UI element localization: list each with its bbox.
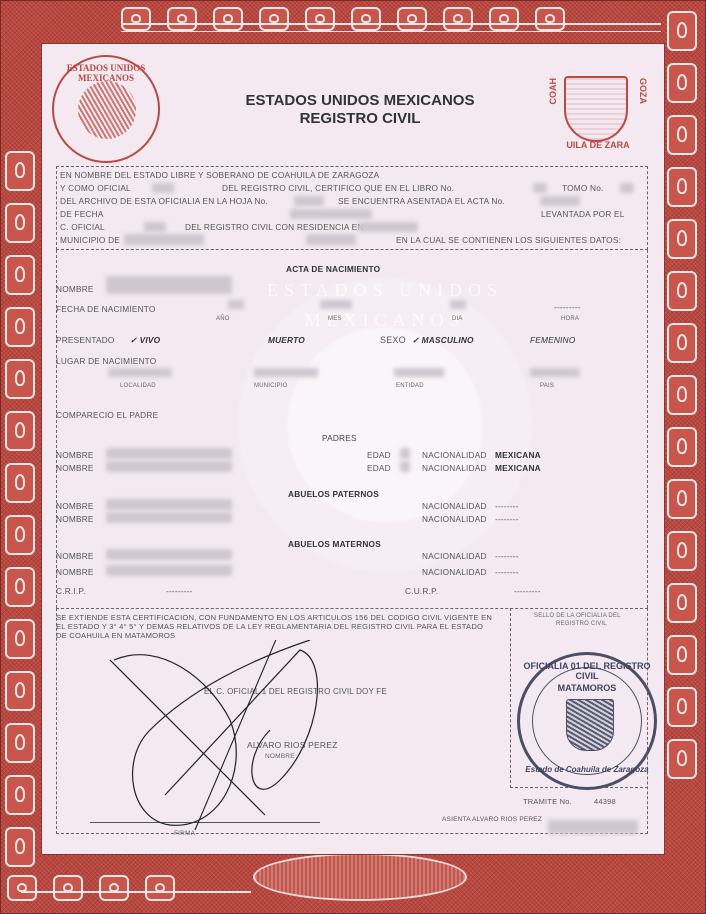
border-glyph-icon [667,11,697,51]
border-glyphs-right [667,11,697,791]
border-glyph-icon [667,531,697,571]
presentado-vivo-checked: ✓ VIVO [130,335,160,345]
border-glyphs-left [5,151,35,879]
intro-line-3a: DEL ARCHIVO DE ESTA OFICIALIA EN LA HOJA… [60,196,268,206]
border-glyph-icon [667,115,697,155]
border-glyph-icon [443,7,473,31]
border-glyph-icon [351,7,381,31]
border-glyph-icon [667,375,697,415]
sello-label-1: SELLO DE LA OFICIALIA DEL [534,613,621,619]
border-glyph-icon [5,411,35,451]
border-glyph-icon [667,427,697,467]
border-glyph-icon [667,323,697,363]
border-glyph-icon [167,7,197,31]
nombre-label: NOMBRE [56,450,94,460]
abuelos-paternos-title: ABUELOS PATERNOS [288,489,379,499]
curp-label: C.U.R.P. [405,586,438,596]
border-glyphs-bottom [7,875,191,901]
intro-line-2a: Y COMO OFICIAL [60,183,131,193]
border-glyph-icon [53,875,83,901]
border-glyph-icon [5,671,35,711]
eagle-icon [78,81,136,139]
sexo-femenino: FEMENINO [530,335,575,345]
pais-sublabel: PAIS [540,383,554,389]
redacted-nombre [106,565,232,576]
sello-label-2: REGISTRO CIVIL [556,621,607,627]
border-glyph-icon [5,151,35,191]
nombre-label: NOMBRE [56,463,94,473]
border-glyph-icon [213,7,243,31]
redacted-field [306,234,356,245]
seal-ring-text: ESTADOS UNIDOS MEXICANOS [54,63,158,83]
redacted-edad [400,448,410,459]
stamp-bottom-text: Estado de Coahuila de Zaragoza [520,765,654,774]
hora-value: --------- [554,302,581,312]
nacionalidad-value: -------- [495,567,519,577]
nacionalidad-label: NACIONALIDAD [422,567,487,577]
redacted-field [294,196,324,206]
intro-line-1: EN NOMBRE DEL ESTADO LIBRE Y SOBERANO DE… [60,170,379,180]
border-glyph-icon [5,307,35,347]
nacionalidad-value: -------- [495,551,519,561]
border-glyph-icon [397,7,427,31]
presentado-muerto: MUERTO [268,335,305,345]
border-glyph-icon [5,567,35,607]
intro-line-6b: EN LA CUAL SE CONTIENEN LOS SIGUIENTES D… [396,235,621,245]
nacionalidad-label: NACIONALIDAD [422,450,487,460]
localidad-sublabel: LOCALIDAD [120,383,156,389]
nombre-label: NOMBRE [56,501,94,511]
redacted-field [540,196,580,206]
nacionalidad-value: MEXICANA [495,463,541,473]
nacionalidad-label: NACIONALIDAD [422,501,487,511]
redacted-nombre [106,549,232,560]
mexican-coat-of-arms-seal: ESTADOS UNIDOS MEXICANOS [52,55,160,163]
shield-icon [564,76,628,142]
border-glyph-icon [535,7,565,31]
border-glyph-icon [667,271,697,311]
border-glyph-icon [667,63,697,103]
fecha-label: FECHA DE NACIMIENTO [56,304,156,314]
border-glyph-icon [667,687,697,727]
intro-line-6a: MUNICIPIO DE [60,235,120,245]
border-glyph-icon [5,723,35,763]
border-line [21,891,251,893]
border-glyph-icon [5,359,35,399]
border-line [121,23,661,25]
shield-text-right: GOZA [638,78,648,104]
curp-value: --------- [514,586,541,596]
mes-sublabel: MES [328,316,342,322]
redacted-field [144,222,166,232]
cert-line-1: SE EXTIENDE ESTA CERTIFICACION, CON FUND… [56,613,492,622]
border-glyph-icon [5,515,35,555]
acta-section-title: ACTA DE NACIMIENTO [286,264,380,274]
border-glyph-icon [667,739,697,779]
nacionalidad-label: NACIONALIDAD [422,514,487,524]
border-glyphs-top [121,7,581,31]
redacted-mes [320,300,352,309]
redacted-edad [400,461,410,472]
border-glyph-icon [667,583,697,623]
redacted-field [152,183,174,193]
crip-label: C.R.I.P. [56,586,86,596]
redacted-entidad [394,368,444,377]
border-glyph-icon [7,875,37,901]
redacted-nombre [106,499,232,510]
edad-label: EDAD [367,450,391,460]
intro-line-3b: SE ENCUENTRA ASENTADA EL ACTA No. [338,196,505,206]
redacted-field [533,183,547,193]
nombre-label: NOMBRE [56,514,94,524]
coahuila-crest-icon [566,699,614,751]
redacted-nombre [106,512,232,523]
border-glyph-icon [305,7,335,31]
border-glyph-icon [5,463,35,503]
entidad-sublabel: ENTIDAD [396,383,424,389]
document-title: ESTADOS UNIDOS MEXICANOS [180,92,540,109]
nacionalidad-value: -------- [495,514,519,524]
anio-sublabel: AÑO [216,316,230,322]
shield-text-bottom: UILA DE ZARA [560,140,636,150]
cert-line-2: EL ESTADO Y 3° 4° 5° Y DEMAS RELATIVOS D… [56,622,483,631]
padres-title: PADRES [322,433,357,443]
tramite-value: 44398 [594,797,616,806]
intro-line-5a: C. OFICIAL [60,222,105,232]
redacted-dia [450,300,466,309]
bottom-oval-ornament [253,853,467,901]
redacted-pais [530,368,580,377]
border-glyph-icon [489,7,519,31]
intro-line-4a: DE FECHA [60,209,104,219]
stamp-top-text: OFICIALIA 01 DEL REGISTRO CIVIL [520,661,654,681]
nacionalidad-label: NACIONALIDAD [422,551,487,561]
coahuila-shield: COAH GOZA UILA DE ZARA [548,58,648,158]
border-glyph-icon [259,7,289,31]
border-glyph-icon [667,167,697,207]
sexo-label: SEXO [380,335,406,345]
border-glyph-icon [667,479,697,519]
redacted-municipio [254,368,318,377]
intro-line-2c: TOMO No. [562,183,604,193]
redacted-nombre [106,448,232,459]
nombre-label: NOMBRE [56,284,94,294]
crip-value: --------- [166,586,193,596]
lugar-label: LUGAR DE NACIMIENTO [56,356,156,366]
document-subtitle: REGISTRO CIVIL [180,110,540,127]
hora-sublabel: HORA [561,316,579,322]
border-glyph-icon [5,827,35,867]
cert-line-3: DE COAHUILA EN MATAMOROS [56,631,175,640]
intro-line-2b: DEL REGISTRO CIVIL, CERTIFICO QUE EN EL … [222,183,454,193]
redacted-field [548,820,638,834]
municipio-sublabel: MUNICIPIO [254,383,287,389]
presentado-label: PRESENTADO [56,335,115,345]
shield-text-left: COAH [548,78,558,105]
redacted-nombre [106,461,232,472]
tramite-label: TRAMITE No. [523,797,572,806]
sexo-masculino-checked: ✓ MASCULINO [412,335,474,345]
border-glyph-icon [5,203,35,243]
border-glyph-icon [145,875,175,901]
abuelos-maternos-title: ABUELOS MATERNOS [288,539,381,549]
border-glyph-icon [99,875,129,901]
comparecio-text: COMPARECIO EL PADRE [56,410,158,420]
oficialia-stamp: OFICIALIA 01 DEL REGISTRO CIVIL MATAMORO… [517,652,657,790]
redacted-anio [228,300,244,309]
border-glyph-icon [121,7,151,31]
redacted-nombre [106,276,232,294]
border-glyph-icon [5,255,35,295]
redacted-field [620,183,634,193]
redacted-localidad [108,368,172,377]
intro-line-4b: LEVANTADA POR EL [541,209,625,219]
dia-sublabel: DIA [452,316,463,322]
border-glyph-icon [667,635,697,675]
redacted-field [290,209,372,219]
nombre-label: NOMBRE [56,567,94,577]
edad-label: EDAD [367,463,391,473]
nacionalidad-value: MEXICANA [495,450,541,460]
nacionalidad-value: -------- [495,501,519,511]
stamp-middle-text: MATAMOROS [520,683,654,693]
signature [100,640,360,840]
asienta-text: ASIENTA ALVARO RIOS PEREZ [442,816,542,823]
redacted-field [124,234,204,245]
nombre-label: NOMBRE [56,551,94,561]
intro-line-5b: DEL REGISTRO CIVIL CON RESIDENCIA EN [185,222,364,232]
border-line [121,31,661,32]
redacted-field [358,222,418,232]
border-glyph-icon [667,219,697,259]
border-glyph-icon [5,775,35,815]
border-glyph-icon [5,619,35,659]
nacionalidad-label: NACIONALIDAD [422,463,487,473]
